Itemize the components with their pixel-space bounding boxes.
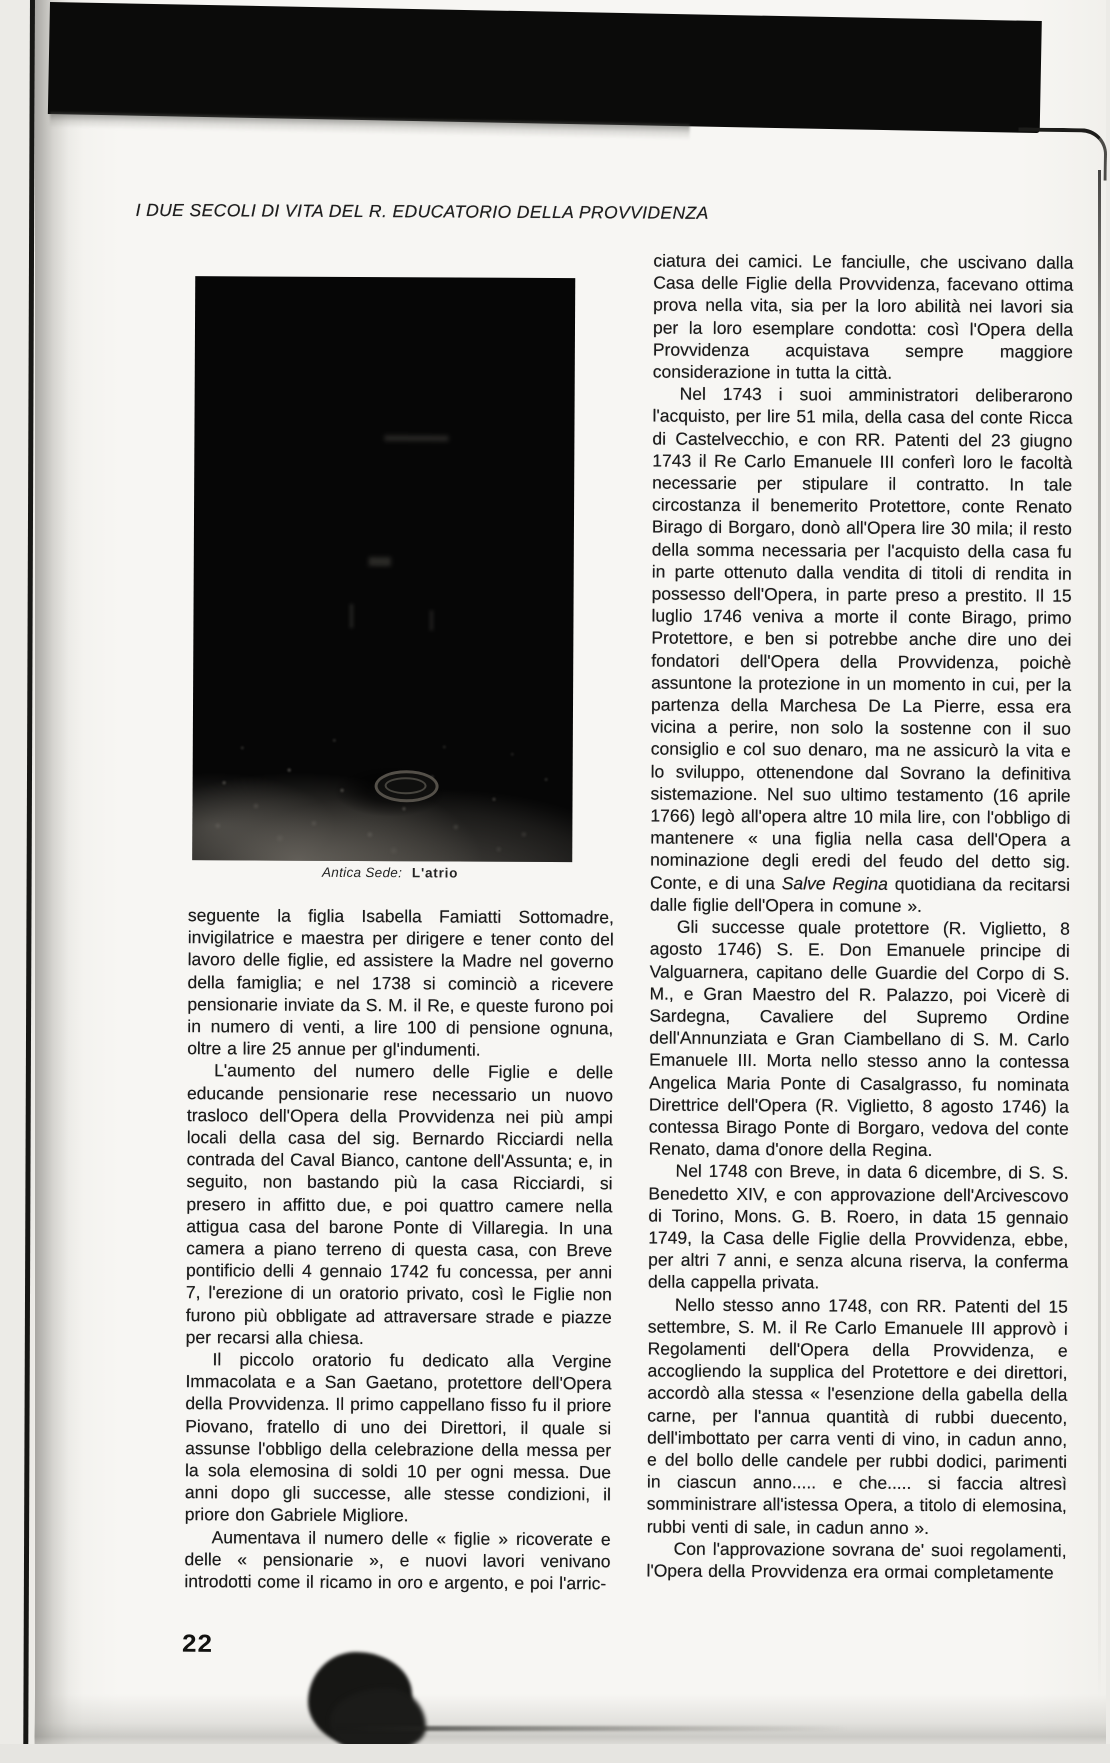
caption-title: L'atrio (412, 865, 458, 880)
atrium-photo (192, 276, 575, 862)
caption-prefix: Antica Sede: (322, 865, 402, 880)
photo-glint (384, 435, 448, 441)
photo-glint (369, 557, 391, 566)
paragraph: Nel 1743 i suoi amministratori deliberar… (650, 383, 1073, 918)
drain-cover (375, 771, 439, 803)
paragraph: ciatura dei camici. Le fanciulle, che us… (653, 250, 1074, 385)
photo-caption: Antica Sede: L'atrio (192, 864, 588, 881)
left-column: seguente la figlia Isabella Famiatti Sot… (184, 904, 614, 1595)
page-content: I DUE SECOLI DI VITA DEL R. EDUCATORIO D… (0, 0, 1110, 1763)
paragraph-segment: Nel 1743 i suoi amministratori deliberar… (650, 384, 1073, 893)
paragraph: Il piccolo oratorio fu dedicato alla Ver… (185, 1348, 612, 1528)
ink-smear (336, 1726, 848, 1731)
salve-regina-italic: Salve Regina (782, 873, 888, 894)
paragraph: Nello stesso anno 1748, con RR. Patenti … (647, 1293, 1068, 1539)
floor-specks (195, 276, 198, 279)
photo-glint (429, 610, 433, 630)
page-bottom-edge (34, 1694, 1106, 1746)
paragraph: Gli successe quale protettore (R. Viglie… (649, 916, 1070, 1162)
photo-glint (349, 604, 353, 628)
paragraph: Con l'approvazione sovrana de' suoi rego… (646, 1537, 1066, 1584)
page-title: I DUE SECOLI DI VITA DEL R. EDUCATORIO D… (136, 200, 776, 224)
paragraph: Nel 1748 con Breve, in data 6 dicembre, … (648, 1160, 1069, 1295)
page-number: 22 (182, 1629, 213, 1659)
scanner-bed (0, 1744, 1110, 1763)
drain-cover-inner (385, 778, 427, 795)
paragraph: Aumentava il numero delle « figlie » ric… (184, 1526, 610, 1595)
paragraph: L'aumento del numero delle Figlie e dell… (186, 1060, 614, 1351)
right-column: ciatura dei camici. Le fanciulle, che us… (646, 250, 1073, 1584)
paragraph: seguente la figlia Isabella Famiatti Sot… (187, 904, 614, 1062)
